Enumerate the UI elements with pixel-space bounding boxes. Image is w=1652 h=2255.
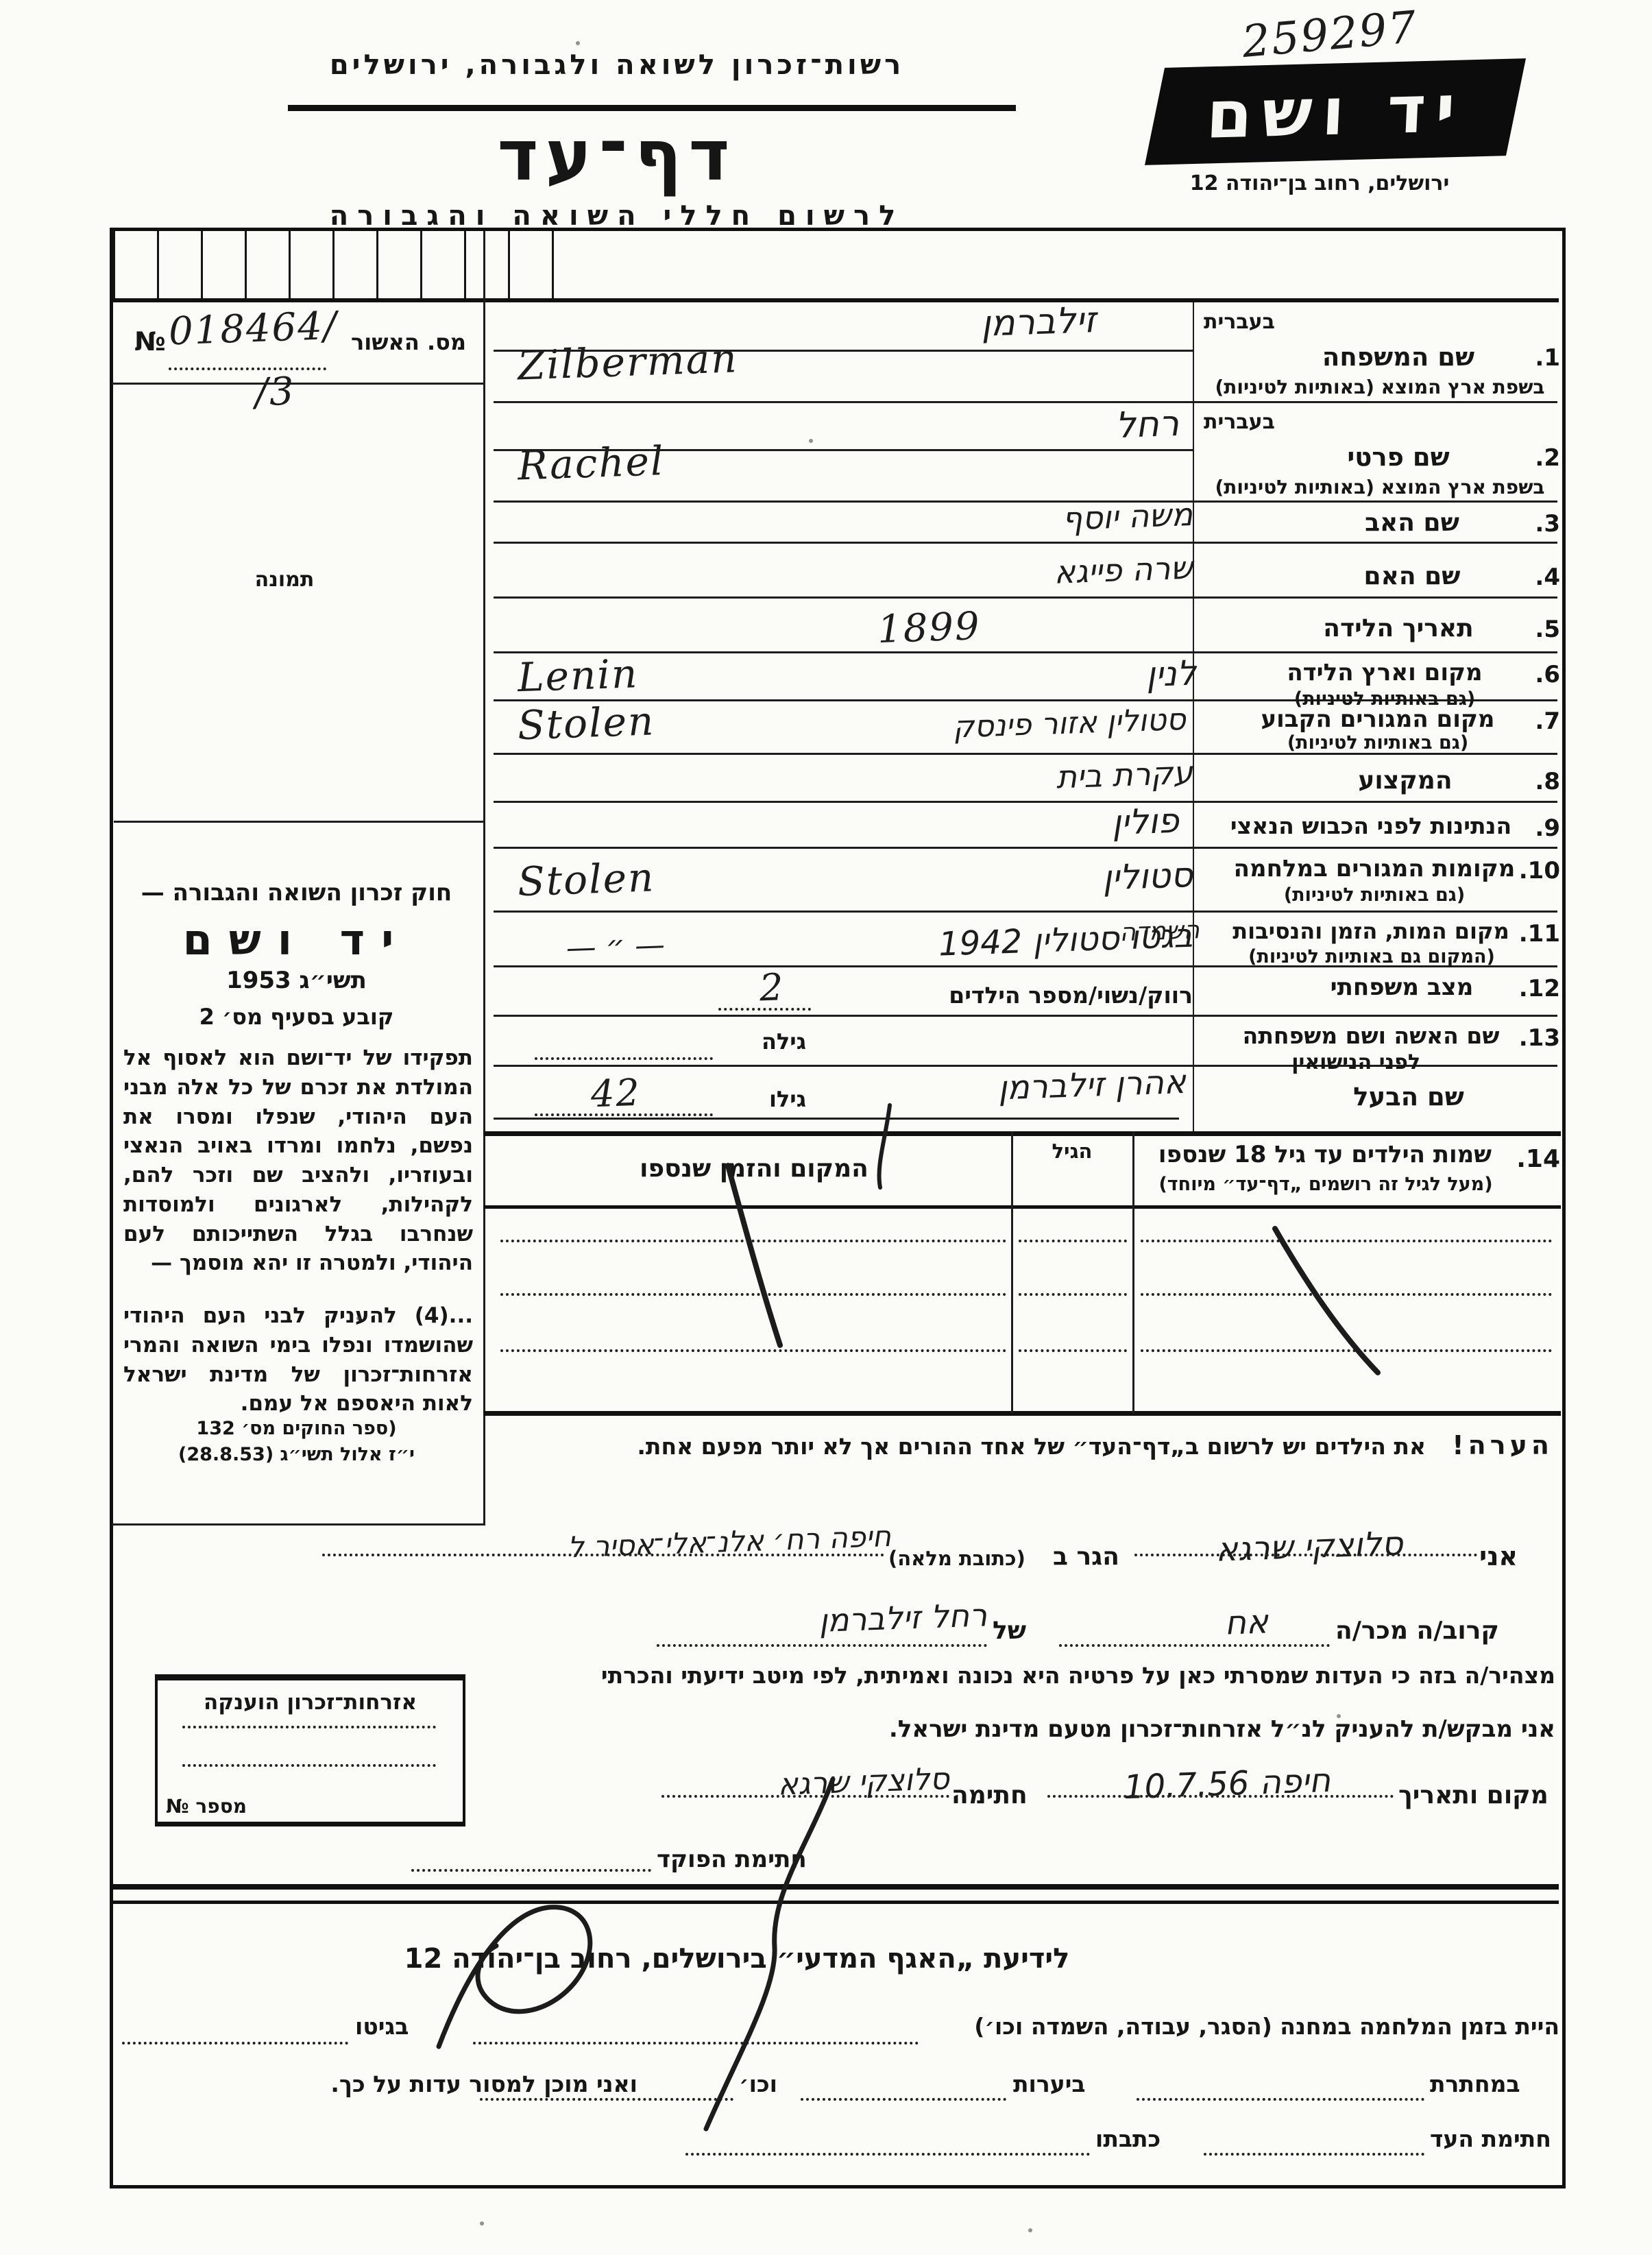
field-6-number: 6. [1508, 661, 1560, 688]
field-9-number: 9. [1512, 815, 1560, 842]
children-names-subheader: (מעל לגיל זה רושמים „דף־עד״ מיוחד) [1141, 1174, 1511, 1195]
ghetto-answer-line [122, 2042, 348, 2045]
office-address: ירושלים, רחוב בן־יהודה 12 [1117, 171, 1522, 195]
scan-speck [809, 439, 813, 443]
field-11-ditto-mark: — ״ — [534, 928, 666, 967]
field-6-label: מקום וארץ הלידה [1234, 660, 1535, 686]
witness-address-label: כתבתו [1095, 2125, 1161, 2152]
field-10-label: מקומות המגורים במלחמה [1213, 856, 1535, 882]
relation-label: קרוב/ה מכר/ה [1335, 1617, 1499, 1645]
field-6-value-hebrew: לנין [1058, 653, 1197, 698]
write-line [494, 542, 1557, 544]
table-bottom-rule [483, 1411, 1561, 1416]
signature-line [661, 1795, 949, 1798]
place-date-label: מקום ותאריך [1398, 1781, 1548, 1809]
testify-label: ואני מוכן למסור עדות על כך. [158, 2071, 637, 2097]
witness-signature-line [1204, 2153, 1424, 2156]
field-12-options: רווק/נשוי/מספר הילדים [816, 982, 1193, 1009]
write-line [494, 1118, 1179, 1120]
testimony-page-scan: 259297 רשות־זכרון לשואה ולגבורה, ירושלים… [0, 0, 1652, 2255]
forests-answer-line [801, 2098, 1006, 2101]
law-reference-1: (ספר החוקים מס׳ 132 [123, 1418, 470, 1439]
children-row-line [1019, 1293, 1127, 1296]
scientific-dept-line: לידיעת „האגף המדעי״ בירושלים, רחוב בן־יה… [274, 1943, 1200, 1975]
law-year: תשי״ג 1953 [123, 967, 470, 994]
official-signature-line [411, 1869, 651, 1872]
children-row-line [500, 1293, 1006, 1296]
children-names-header: שמות הילדים עד גיל 18 שנספו [1143, 1141, 1507, 1168]
table-header-rule [483, 1205, 1561, 1209]
field-13-number: 13. [1505, 1024, 1560, 1052]
stamp-box-title: אזרחות־זכרון הוענקה [158, 1690, 463, 1715]
field-12-number: 12. [1505, 975, 1560, 1002]
field-1-number: 1. [1512, 344, 1560, 372]
children-row-line [1141, 1349, 1552, 1352]
note-text: את הילדים יש לרשום ב„דף־העד״ של אחד ההור… [500, 1433, 1426, 1460]
field-11-number: 11. [1505, 920, 1560, 948]
field-5-number: 5. [1512, 616, 1560, 643]
table-column-divider [1011, 1131, 1013, 1414]
declarant-address-line [322, 1554, 884, 1556]
table-column-divider [1132, 1131, 1134, 1414]
field-4-label: שם האם [1302, 562, 1522, 590]
field-9-value-hebrew: פולין [1007, 801, 1180, 847]
field-7-label: מקום המגורים הקבוע [1220, 706, 1535, 733]
field-10-number: 10. [1505, 857, 1560, 884]
field-3-number: 3. [1512, 510, 1560, 538]
place-date-line [1047, 1795, 1394, 1798]
field-2-value-hebrew: רחל [1021, 403, 1180, 450]
field-13-sublabel: לפני הנישואין [1201, 1050, 1420, 1074]
left-column-mid-rule [114, 821, 483, 823]
law-paragraph-1: תפקידו של יד־ושם הוא לאסוף אל המולדת את … [123, 1044, 473, 1278]
ghetto-label: בגיטו [355, 2013, 409, 2040]
law-name: יד ושם [123, 915, 470, 965]
scan-speck [356, 1316, 361, 1321]
field-13-age-dotted [535, 1037, 713, 1060]
camp-question-label: היית בזמן המלחמה במחנה (הסגר, עבודה, השמ… [925, 2013, 1559, 2040]
field-12-label: מצב משפחתי [1268, 974, 1535, 1001]
witness-address-line [685, 2153, 1090, 2156]
declarant-name-line [1134, 1554, 1477, 1556]
section-double-rule [112, 1901, 1559, 1904]
field-2-number: 2. [1512, 444, 1560, 472]
children-row-line [500, 1240, 1006, 1242]
declaration-statement-2: אני מבקש/ת להעניק לנ״ל אזרחות־זכרון מטעם… [496, 1715, 1555, 1743]
relation-line [1059, 1644, 1330, 1647]
scan-speck [1337, 1714, 1341, 1718]
underground-label: במחתרת [1430, 2071, 1520, 2097]
stamp-box-number-label: מספר № [166, 1795, 247, 1818]
field-13-label: שם האשה ושם משפחתה [1206, 1023, 1535, 1049]
scan-speck [1028, 2228, 1032, 2232]
header-rule [288, 105, 1016, 111]
field-3-label: שם האב [1302, 509, 1522, 537]
declarant-i-label: אני [1479, 1541, 1518, 1571]
children-age-header: הגיל [1013, 1139, 1131, 1163]
field-7-sublabel: (גם באותיות לטיניות) [1220, 732, 1535, 753]
victim-name-line [657, 1644, 987, 1647]
underground-answer-line [1137, 2098, 1424, 2101]
top-cell-strip [113, 231, 595, 298]
stamp-box-line [182, 1764, 436, 1767]
write-line [494, 1015, 1557, 1017]
field-10-sublabel: (גם באותיות לטיניות) [1213, 884, 1535, 906]
field-13-age-label: גילה [717, 1028, 806, 1054]
field-8-label: המקצוע [1289, 767, 1522, 795]
section-double-rule [112, 1884, 1559, 1890]
authority-line: רשות־זכרון לשואה ולגבורה, ירושלים [206, 49, 1028, 81]
full-address-label: (כתובת מלאה) [888, 1547, 1025, 1570]
citizenship-stamp-box: אזרחות־זכרון הוענקה מספר № [155, 1674, 465, 1826]
law-paragraph-2: ...(4) להעניק לבני העם היהודי שהושמדו ונ… [123, 1301, 473, 1419]
certificate-number-suffix: /3 [254, 367, 352, 415]
write-line [494, 401, 1557, 403]
field-2-hebrew-tag: בעברית [1204, 410, 1275, 434]
write-line [494, 911, 1557, 913]
law-reference-2: י״ז אלול תשי״ג (28.8.53) [123, 1444, 470, 1465]
label-column-divider [1193, 302, 1194, 1132]
field-7-number: 7. [1512, 708, 1560, 735]
table-top-rule [483, 1131, 1561, 1136]
field-9-label: הנתינות לפני הכבוש הנאצי [1200, 813, 1542, 839]
strip-bottom-rule [113, 298, 1559, 302]
write-line [494, 847, 1557, 849]
scan-speck [480, 2221, 484, 2226]
children-row-line [1019, 1349, 1127, 1352]
children-row-line [1141, 1240, 1552, 1242]
field-8-number: 8. [1512, 768, 1560, 795]
field-4-number: 4. [1512, 564, 1560, 591]
left-column-bottom-rule [112, 1523, 485, 1526]
camp-answer-line [473, 2042, 919, 2045]
certificate-number-value: 018464/ [168, 302, 382, 354]
field-2-sublabel: בשפת ארץ המוצא (באותיות לטיניות) [1197, 476, 1563, 498]
yad-vashem-logo: יד ושם [1145, 58, 1526, 165]
field-14-number: 14. [1508, 1145, 1560, 1173]
field-11-label: מקום המות, הזמן והנסיבות [1200, 919, 1542, 944]
official-signature-label: חתימת הפוקד [657, 1846, 807, 1873]
field-1-label: שם המשפחה [1275, 343, 1522, 372]
field-1-hebrew-tag: בעברית [1204, 310, 1275, 334]
field-10-value-hebrew: סטולין [993, 855, 1193, 902]
husband-label: שם הבעל [1296, 1082, 1522, 1111]
forests-label: ביערות [1013, 2071, 1086, 2097]
witness-signature-label: חתימת העד [1430, 2125, 1551, 2152]
photo-placeholder-label: תמונה [226, 568, 343, 592]
children-row-line [500, 1349, 1006, 1352]
field-11-sublabel: (המקום גם באותיות לטיניות) [1197, 946, 1546, 967]
children-place-header: המקום והזמן שנספו [590, 1155, 919, 1183]
left-column-divider [483, 231, 485, 1523]
note-label: הערה! [1437, 1430, 1553, 1460]
etc-answer-line [480, 2098, 733, 2101]
scan-speck [576, 41, 580, 45]
husband-age-dotted [535, 1093, 713, 1116]
relation-handwritten: אח [1165, 1602, 1269, 1644]
children-row-line [1019, 1240, 1127, 1242]
law-clause: קובע בסעיף מס׳ 2 [123, 1004, 470, 1030]
children-row-line [1141, 1293, 1552, 1296]
yad-vashem-logo-text: יד ושם [1204, 70, 1466, 153]
law-title: חוק זכרון השואה והגבורה — [123, 879, 470, 906]
field-6-value-latin: Lenin [517, 646, 765, 701]
field-2-label: שם פרטי [1289, 443, 1508, 472]
write-line [494, 801, 1557, 803]
field-5-value: 1899 [877, 602, 1043, 652]
field-1-sublabel: בשפת ארץ המוצא (באותיות לטיניות) [1197, 376, 1563, 398]
etc-label: וכו׳ [739, 2071, 777, 2097]
signature-label: חתימה [951, 1781, 1028, 1809]
resides-label: הגר ב [1053, 1543, 1119, 1571]
declaration-statement-1: מצהיר/ה בזה כי העדות שמסרתי כאן על פרטיה… [496, 1662, 1555, 1689]
field-7-value-latin: Stolen [517, 694, 765, 749]
field-10-value-latin: Stolen [517, 850, 765, 906]
field-5-label: תאריך הלידה [1261, 614, 1535, 642]
write-line [494, 596, 1557, 599]
field-12-dotted-line [718, 987, 811, 1011]
form-title: דף־עד [206, 115, 1028, 197]
of-label: של [993, 1617, 1026, 1645]
stamp-box-line [182, 1726, 436, 1728]
